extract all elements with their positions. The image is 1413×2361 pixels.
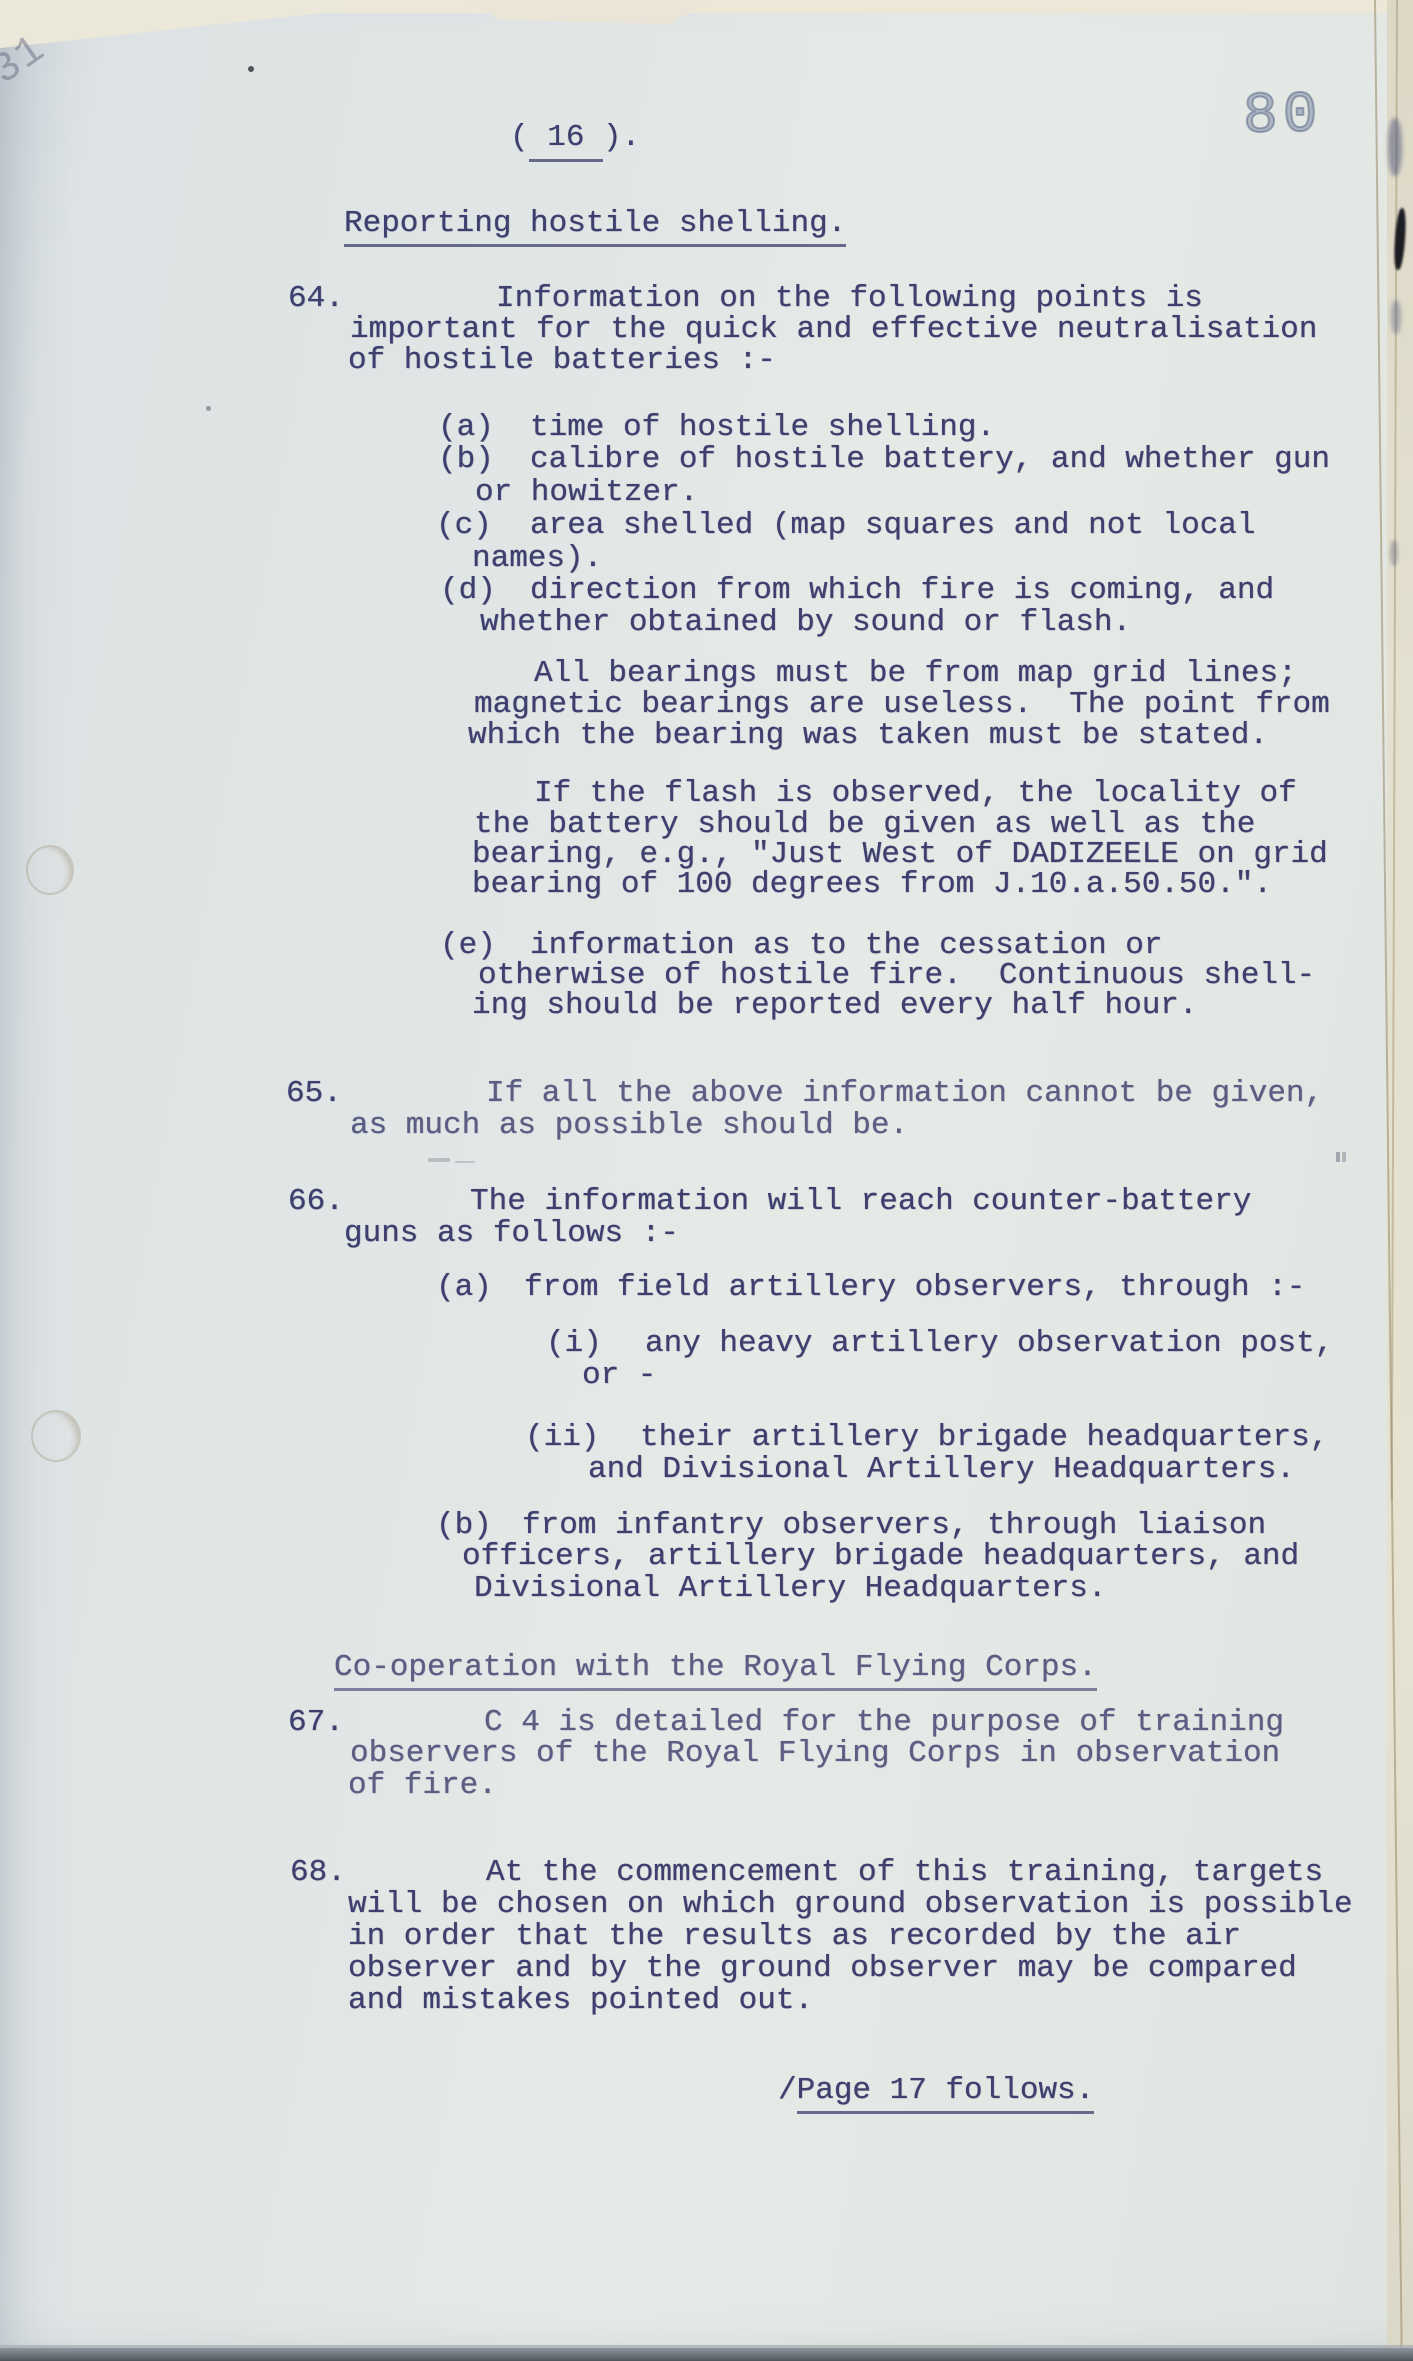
item-i-label: (i) <box>546 1328 602 1359</box>
heading-underlined-text: Reporting hostile shelling. <box>344 208 846 247</box>
para-68-line-5: and mistakes pointed out. <box>348 1985 813 2016</box>
item-e-line-2: otherwise of hostile fire. Continuous sh… <box>478 960 1315 991</box>
item-e-line-3: ing should be reported every half hour. <box>472 990 1198 1021</box>
item-e-label: (e) <box>440 930 496 961</box>
item-c-label: (c) <box>436 510 492 541</box>
item-66b-label: (b) <box>436 1510 492 1541</box>
page-number-value: 16 <box>529 120 603 162</box>
para-68-line-4: observer and by the ground observer may … <box>348 1953 1297 1984</box>
para-68-line-2: will be chosen on which ground observati… <box>348 1889 1353 1920</box>
item-d-line-1: direction from which fire is coming, and <box>530 575 1274 606</box>
ink-speck <box>248 66 254 72</box>
para-67-line-2: observers of the Royal Flying Corps in o… <box>350 1738 1280 1769</box>
footer-page-follows: /Page 17 follows. <box>778 2075 1094 2114</box>
punch-hole-mark-bottom <box>31 1410 81 1462</box>
item-d-line-2: whether obtained by sound or flash. <box>480 607 1131 638</box>
para-66-line-1: The information will reach counter-batte… <box>470 1186 1251 1217</box>
ink-smudge <box>1388 118 1402 176</box>
para-67-number: 67. <box>288 1707 344 1738</box>
para-67-line-1: C 4 is detailed for the purpose of train… <box>484 1707 1284 1738</box>
item-c-line-2: names). <box>472 543 602 574</box>
para-64-number: 64. <box>288 283 344 314</box>
para-64-line-1: Information on the following points is <box>496 283 1203 314</box>
section-heading-reporting: Reporting hostile shelling. <box>344 208 846 247</box>
ink-smudge <box>1391 300 1401 334</box>
item-ii-line-2: and Divisional Artillery Headquarters. <box>588 1454 1295 1485</box>
para-64-line-2: important for the quick and effective ne… <box>350 314 1317 345</box>
para-65-number: 65. <box>286 1078 342 1109</box>
item-d-label: (d) <box>440 575 496 606</box>
ink-smudge <box>1390 540 1398 566</box>
para-66-line-2: guns as follows :- <box>344 1218 679 1249</box>
para-65-line-2: as much as possible should be. <box>350 1110 908 1141</box>
page-number-close-paren: ). <box>603 120 640 155</box>
flash-note-line-2: the battery should be given as well as t… <box>474 809 1255 840</box>
item-66b-line-2: officers, artillery brigade headquarters… <box>462 1541 1299 1572</box>
item-66b-line-1: from infantry observers, through liaison <box>522 1510 1266 1541</box>
flash-note-line-3: bearing, e.g., "Just West of DADIZEELE o… <box>472 839 1328 870</box>
page-number-open-paren: ( <box>510 120 529 155</box>
heading-underlined-text: Co-operation with the Royal Flying Corps… <box>334 1652 1097 1691</box>
punch-hole-mark-top <box>26 845 74 895</box>
flash-note-line-4: bearing of 100 degrees from J.10.a.50.50… <box>472 869 1272 900</box>
ink-speck <box>206 406 211 411</box>
para-66-number: 66. <box>288 1186 344 1217</box>
item-b-line-2: or howitzer. <box>475 477 698 508</box>
para-65-line-1: If all the above information cannot be g… <box>486 1078 1323 1109</box>
footer-underlined-text: Page 17 follows. <box>797 2075 1095 2114</box>
para-64-line-3: of hostile batteries :- <box>348 345 776 376</box>
para-68-number: 68. <box>290 1857 346 1888</box>
margin-tick-mark <box>1336 1152 1340 1162</box>
item-b-label: (b) <box>438 444 494 475</box>
bearings-note-line-3: which the bearing was taken must be stat… <box>468 720 1268 751</box>
para-68-line-3: in order that the results as recorded by… <box>348 1921 1241 1952</box>
footer-slash: / <box>778 2073 797 2108</box>
para-67-line-3: of fire. <box>348 1770 497 1801</box>
item-ii-label: (ii) <box>525 1422 599 1453</box>
item-66a-label: (a) <box>436 1272 492 1303</box>
pencil-dash-mark <box>428 1158 450 1162</box>
item-i-line-2: or - <box>582 1360 656 1391</box>
para-68-line-1: At the commencement of this training, ta… <box>486 1857 1323 1888</box>
item-i-line-1: any heavy artillery observation post, <box>645 1328 1333 1359</box>
bottom-scan-edge <box>0 2348 1413 2361</box>
typed-page-number: ( 16 ). <box>510 120 640 162</box>
item-66b-line-3: Divisional Artillery Headquarters. <box>474 1573 1107 1604</box>
item-ii-line-1: their artillery brigade headquarters, <box>640 1422 1328 1453</box>
item-a-line-1: time of hostile shelling. <box>530 412 995 443</box>
item-c-line-1: area shelled (map squares and not local <box>530 510 1256 541</box>
item-b-line-1: calibre of hostile battery, and whether … <box>530 444 1330 475</box>
item-a-label: (a) <box>438 412 494 443</box>
scanned-document: { "meta": { "corner_note": "31", "stamp_… <box>0 0 1413 2361</box>
page-number-stamp: 80 <box>1242 83 1323 149</box>
bearings-note-line-1: All bearings must be from map grid lines… <box>534 658 1297 689</box>
item-66a-line-1: from field artillery observers, through … <box>524 1272 1305 1303</box>
flash-note-line-1: If the flash is observed, the locality o… <box>534 778 1297 809</box>
section-heading-rfc: Co-operation with the Royal Flying Corps… <box>334 1652 1097 1691</box>
bearings-note-line-2: magnetic bearings are useless. The point… <box>474 689 1330 720</box>
item-e-line-1: information as to the cessation or <box>530 930 1163 961</box>
